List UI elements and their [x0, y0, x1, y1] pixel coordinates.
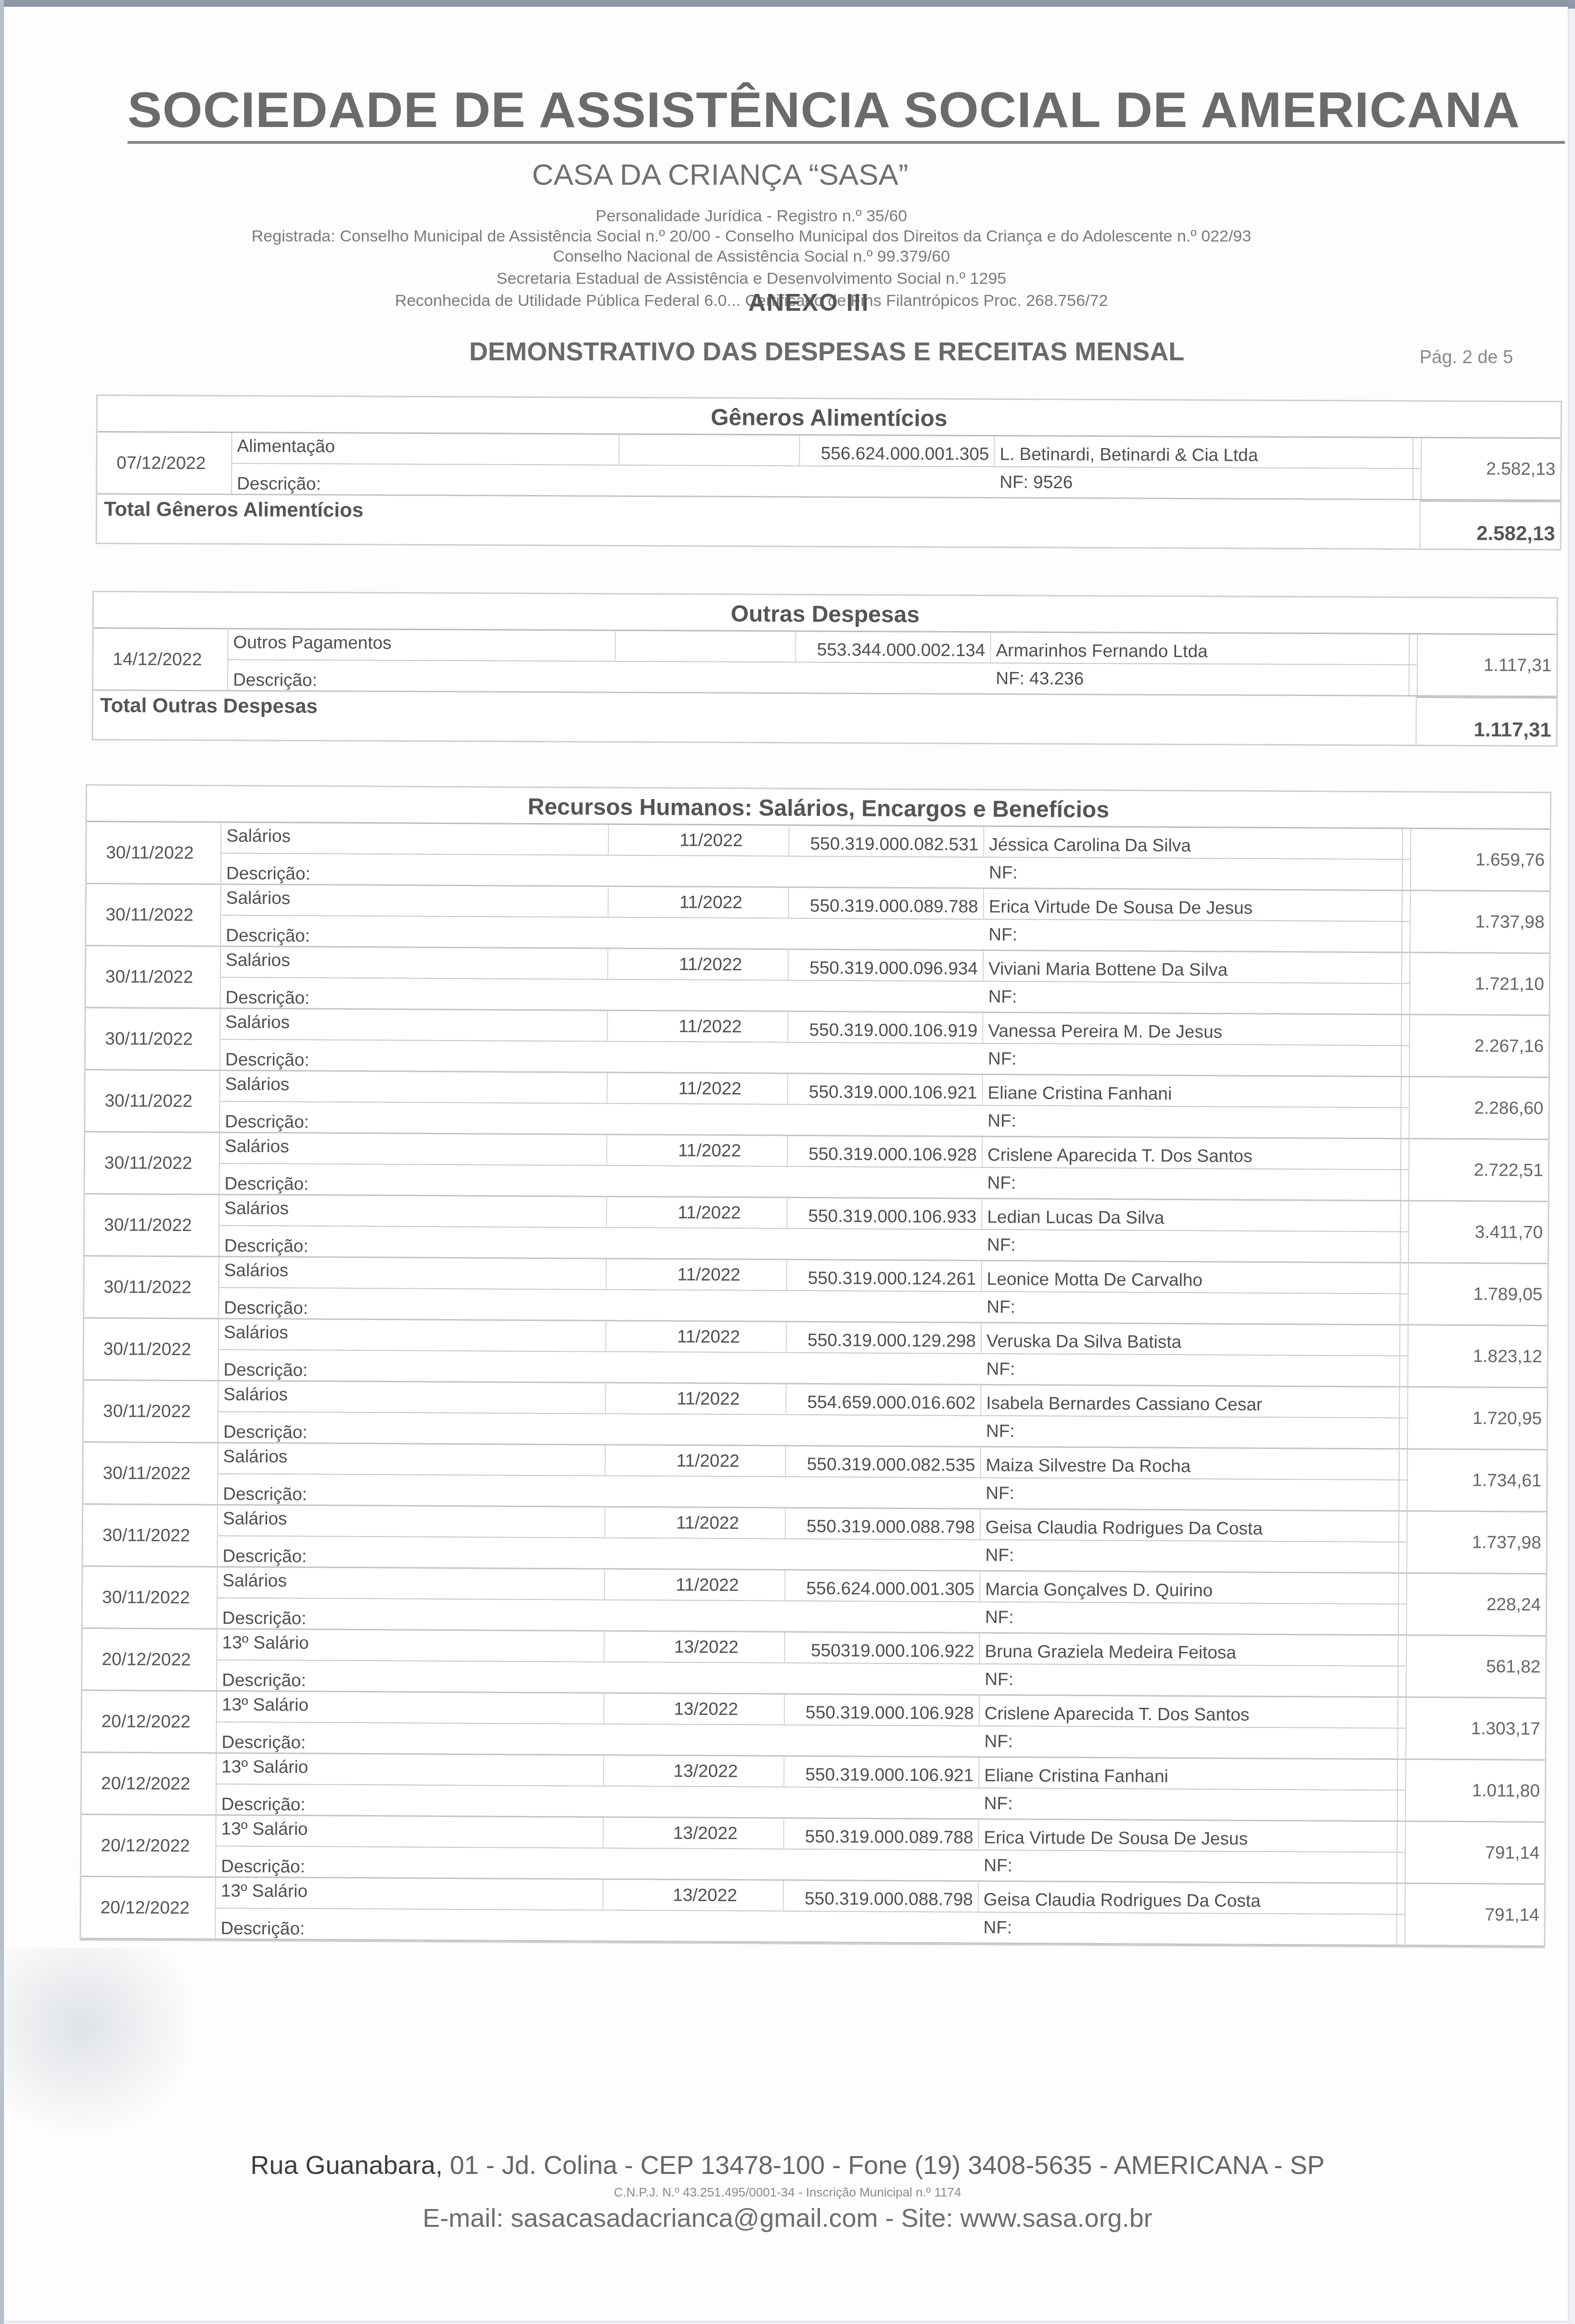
row-description-label: Descrição:: [218, 1420, 981, 1446]
row-date: 07/12/2022: [97, 432, 232, 494]
row-category: 13º Salário: [217, 1629, 604, 1661]
row-date: 30/11/2022: [84, 1319, 219, 1380]
table-row: 30/11/2022Salários11/2022550.319.000.082…: [83, 1443, 1547, 1512]
total-label: Total Gêneros Alimentícios: [97, 495, 1421, 548]
row-category: 13º Salário: [216, 1878, 603, 1909]
row-body: Salários11/2022550.319.000.129.298Verusk…: [219, 1319, 1408, 1386]
row-payee: Jéssica Carolina Da Silva: [984, 827, 1403, 859]
row-category: 13º Salário: [217, 1691, 604, 1723]
row-competence: 13/2022: [603, 1818, 784, 1849]
row-cnpj: 550319.000.106.922: [785, 1633, 980, 1664]
row-payee: Armarinhos Fernando Ltda: [991, 633, 1409, 664]
row-detail-line: Descrição:NF:: [217, 1660, 1406, 1696]
row-value: 1.011,80: [1405, 1760, 1545, 1821]
registration-line: Registrada: Conselho Municipal de Assist…: [0, 227, 1539, 246]
table-row: 20/12/202213º Salário13/2022550.319.000.…: [82, 1753, 1545, 1823]
row-body: Salários11/2022550.319.000.106.919Vaness…: [220, 1009, 1409, 1076]
row-category: Salários: [218, 1567, 605, 1599]
row-description-label: Descrição:: [219, 1233, 982, 1259]
row-payee: Geisa Claudia Rodrigues Da Costa: [979, 1882, 1397, 1914]
row-body: Salários11/2022550.319.000.082.531Jéssic…: [221, 823, 1410, 889]
document-title: DEMONSTRATIVO DAS DESPESAS E RECEITAS ME…: [469, 337, 1184, 367]
row-detail-line: Descrição:NF:: [221, 915, 1409, 952]
row-cnpj: 550.319.000.106.919: [788, 1012, 983, 1043]
row-value: 561,82: [1406, 1636, 1546, 1697]
row-date: 30/11/2022: [83, 1505, 218, 1566]
row-date: 30/11/2022: [84, 1381, 219, 1442]
row-cnpj: 550.319.000.129.298: [787, 1322, 982, 1353]
table-row: 30/11/2022Salários11/2022550.319.000.106…: [85, 1070, 1549, 1140]
table-row: 30/11/2022Salários11/2022550.319.000.089…: [86, 884, 1549, 954]
registration-line: Secretaria Estadual de Assistência e Des…: [0, 269, 1539, 288]
row-payee: Ledian Lucas Da Silva: [982, 1199, 1401, 1232]
row-cnpj: 550.319.000.106.921: [784, 1757, 979, 1788]
row-description-label: Descrição:: [216, 1854, 979, 1880]
row-invoice: NF:: [983, 1106, 1401, 1138]
row-date: 30/11/2022: [86, 1008, 221, 1069]
row-payee: Erica Virtude De Sousa De Jesus: [979, 1820, 1397, 1852]
row-value: 1.303,17: [1405, 1698, 1545, 1759]
row-date: 30/11/2022: [84, 1257, 219, 1318]
row-invoice: NF:: [984, 982, 1402, 1014]
table-row: 30/11/2022Salários11/2022556.624.000.001…: [83, 1567, 1546, 1637]
row-description-label: Descrição:: [217, 1668, 980, 1694]
row-date: 30/11/2022: [83, 1567, 218, 1628]
row-competence: 11/2022: [606, 1321, 787, 1352]
row-competence: 13/2022: [603, 1880, 784, 1911]
row-payee: Eliane Cristina Fanhani: [979, 1758, 1398, 1790]
row-invoice: NF:: [981, 1478, 1399, 1511]
row-detail-line: Descrição:NF:: [217, 1784, 1405, 1820]
row-invoice: NF:: [979, 1727, 1398, 1759]
row-value: 1.737,98: [1409, 891, 1549, 952]
section-total: Total Outras Despesas1.117,31: [93, 691, 1556, 745]
registration-line: Personalidade Jurídica - Registro n.º 35…: [0, 207, 1539, 226]
footer-contact: E-mail: sasacasadacrianca@gmail.com - Si…: [0, 2203, 1575, 2233]
row-body: 13º Salário13/2022550.319.000.106.921Eli…: [217, 1753, 1406, 1820]
row-cnpj: 554.659.000.016.602: [786, 1384, 981, 1415]
row-category: Salários: [221, 885, 609, 916]
row-payee: Crislene Aparecida T. Dos Santos: [980, 1696, 1398, 1728]
row-category: Alimentação: [232, 433, 619, 465]
row-body: 13º Salário13/2022550.319.000.088.798Gei…: [216, 1878, 1405, 1944]
row-date: 30/11/2022: [85, 1132, 220, 1194]
row-description-label: Descrição:: [221, 861, 984, 887]
row-competence: 11/2022: [605, 1508, 786, 1538]
row-body: Salários11/2022550.319.000.089.788Erica …: [221, 885, 1410, 952]
row-competence: 11/2022: [608, 949, 789, 980]
row-category: Salários: [219, 1257, 607, 1289]
footer-legal: C.N.P.J. N.º 43.251.495/0001-34 - Inscri…: [0, 2185, 1575, 2200]
row-body: 13º Salário13/2022550.319.000.089.788Eri…: [216, 1816, 1405, 1882]
row-invoice: NF:: [982, 1230, 1401, 1262]
row-category: 13º Salário: [217, 1753, 604, 1785]
row-cnpj: 550.319.000.089.788: [784, 1819, 979, 1850]
row-competence: 11/2022: [605, 1446, 786, 1476]
registration-line: Conselho Nacional de Assistência Social …: [0, 247, 1539, 266]
row-detail-line: Descrição:NF:: [219, 1288, 1408, 1324]
row-payee: Crislene Aparecida T. Dos Santos: [983, 1137, 1401, 1169]
row-detail-line: Descrição:NF:: [218, 1412, 1407, 1448]
row-invoice: NF:: [981, 1416, 1400, 1448]
row-detail-line: Descrição:NF:: [221, 978, 1409, 1014]
row-body: Salários11/2022550.319.000.106.933Ledian…: [219, 1195, 1409, 1262]
page-indicator: Pág. 2 de 5: [1420, 347, 1513, 368]
row-value: 2.582,13: [1421, 438, 1561, 499]
row-invoice: NF:: [984, 920, 1402, 952]
row-date: 20/12/2022: [82, 1753, 217, 1814]
row-payee: Isabela Bernardes Cassiano Cesar: [981, 1385, 1400, 1418]
table-row: 30/11/2022Salários11/2022550.319.000.096…: [86, 946, 1549, 1016]
row-payee: Maiza Silvestre Da Rocha: [981, 1448, 1399, 1480]
row-detail-line: Descrição:NF:: [216, 1908, 1404, 1944]
table-row: 30/11/2022Salários11/2022550.319.000.129…: [84, 1319, 1548, 1388]
row-detail-line: Descrição:NF:: [218, 1474, 1407, 1510]
row-value: 228,24: [1406, 1574, 1546, 1635]
annex-stamp: ANEXO III: [748, 289, 869, 317]
row-main-line: Alimentação556.624.000.001.305L. Betinar…: [232, 433, 1421, 469]
row-description-label: Descrição:: [220, 1171, 983, 1197]
row-category: Salários: [218, 1381, 606, 1413]
row-cnpj: 550.319.000.096.934: [789, 950, 984, 981]
row-value: 1.721,10: [1409, 953, 1549, 1015]
row-category: Salários: [220, 1133, 607, 1165]
row-value: 791,14: [1404, 1884, 1544, 1945]
row-description-label: Descrição:: [221, 985, 984, 1011]
row-description-label: Descrição:: [217, 1792, 979, 1818]
section-outras-despesas: Outras Despesas14/12/2022Outros Pagament…: [92, 591, 1558, 747]
row-invoice: NF: 43.236: [991, 663, 1409, 695]
table-row: 30/11/2022Salários11/2022550.319.000.106…: [85, 1132, 1549, 1202]
table-row: 20/12/202213º Salário13/2022550.319.000.…: [82, 1691, 1545, 1761]
table-row: 30/11/2022Salários11/2022550.319.000.082…: [87, 822, 1550, 892]
row-date: 20/12/2022: [81, 1877, 216, 1938]
row-category: Salários: [221, 947, 608, 978]
row-invoice: NF:: [979, 1851, 1397, 1883]
row-payee: Bruna Graziela Medeira Feitosa: [980, 1634, 1398, 1666]
row-category: Salários: [220, 1071, 608, 1103]
row-description-label: Descrição:: [228, 668, 991, 693]
row-description-label: Descrição:: [232, 471, 995, 497]
row-competence: 11/2022: [607, 1135, 788, 1166]
row-main-line: Outros Pagamentos553.344.000.002.134Arma…: [228, 629, 1417, 665]
row-detail-line: Descrição:NF:: [220, 1040, 1409, 1076]
row-competence: [615, 631, 796, 662]
row-date: 30/11/2022: [86, 884, 221, 945]
section-title: Outras Despesas: [94, 592, 1557, 635]
row-invoice: NF:: [984, 858, 1403, 890]
row-cnpj: 550.319.000.088.798: [786, 1509, 981, 1539]
row-payee: Marcia Gonçalves D. Quirino: [980, 1572, 1399, 1604]
row-value: 2.286,60: [1409, 1077, 1549, 1139]
row-cnpj: 550.319.000.088.798: [784, 1881, 979, 1912]
table-row: 20/12/202213º Salário13/2022550319.000.1…: [82, 1629, 1546, 1699]
row-invoice: NF:: [978, 1913, 1397, 1945]
row-body: Salários11/2022556.624.000.001.305Marcia…: [218, 1567, 1407, 1634]
row-competence: 11/2022: [607, 1259, 787, 1290]
row-cnpj: 550.319.000.124.261: [787, 1260, 982, 1291]
row-category: Salários: [219, 1319, 606, 1351]
table-row: 30/11/2022Salários11/2022550.319.000.106…: [85, 1194, 1548, 1264]
row-description-label: Descrição:: [217, 1730, 979, 1756]
row-description-label: Descrição:: [220, 1047, 983, 1073]
row-body: Salários11/2022550.319.000.124.261Leonic…: [219, 1257, 1408, 1324]
row-date: 30/11/2022: [85, 1070, 220, 1131]
row-invoice: NF:: [979, 1789, 1398, 1821]
row-cnpj: 550.319.000.106.928: [785, 1695, 980, 1726]
section-total: Total Gêneros Alimentícios2.582,13: [97, 495, 1560, 549]
row-invoice: NF:: [982, 1292, 1400, 1324]
row-invoice: NF: 9526: [995, 467, 1413, 499]
row-payee: Eliane Cristina Fanhani: [983, 1075, 1402, 1107]
row-payee: Veruska Da Silva Batista: [982, 1323, 1400, 1356]
row-body: 13º Salário13/2022550319.000.106.922Brun…: [217, 1629, 1406, 1696]
row-body: Salários11/2022550.319.000.088.798Geisa …: [218, 1505, 1407, 1572]
row-value: 1.659,76: [1410, 829, 1550, 890]
row-cnpj: 556.624.000.001.305: [800, 435, 995, 466]
section-title: Gêneros Alimentícios: [98, 396, 1561, 439]
row-detail-line: Descrição:NF:: [220, 1102, 1409, 1138]
footer-street: Rua Guanabara,: [250, 2151, 442, 2180]
row-body: 13º Salário13/2022550.319.000.106.928Cri…: [217, 1691, 1406, 1758]
row-invoice: NF:: [983, 1044, 1402, 1076]
row-invoice: NF:: [980, 1602, 1399, 1635]
row-description-label: Descrição:: [221, 923, 984, 949]
row-date: 30/11/2022: [86, 946, 221, 1007]
row-invoice: NF:: [983, 1168, 1401, 1200]
row-competence: 11/2022: [608, 1073, 788, 1104]
row-competence: [619, 435, 800, 466]
row-category: Salários: [219, 1195, 607, 1227]
row-competence: 11/2022: [609, 887, 789, 918]
row-date: 14/12/2022: [93, 629, 229, 690]
row-body: Outros Pagamentos553.344.000.002.134Arma…: [228, 629, 1417, 695]
row-competence: 11/2022: [608, 1011, 788, 1042]
row-body: Alimentação556.624.000.001.305L. Betinar…: [232, 433, 1421, 499]
row-value: 1.720,95: [1407, 1387, 1547, 1449]
row-date: 20/12/2022: [81, 1815, 217, 1876]
row-invoice: NF:: [980, 1540, 1399, 1573]
row-category: 13º Salário: [216, 1816, 603, 1847]
row-cnpj: 550.319.000.106.933: [787, 1198, 982, 1229]
row-body: Salários11/2022550.319.000.106.921Eliane…: [220, 1071, 1409, 1138]
row-date: 30/11/2022: [85, 1194, 220, 1256]
row-cnpj: 553.344.000.002.134: [796, 632, 991, 662]
row-value: 1.117,31: [1417, 635, 1557, 696]
row-cnpj: 550.319.000.082.531: [789, 826, 984, 857]
table-row: 14/12/2022Outros Pagamentos553.344.000.0…: [93, 629, 1557, 697]
row-date: 20/12/2022: [82, 1629, 218, 1690]
row-competence: 13/2022: [604, 1632, 785, 1663]
row-value: 2.722,51: [1409, 1139, 1549, 1201]
row-description-label: Descrição:: [219, 1295, 982, 1321]
row-value: 1.734,61: [1407, 1449, 1547, 1511]
row-cnpj: 550.319.000.106.928: [788, 1136, 983, 1167]
row-body: Salários11/2022554.659.000.016.602Isabel…: [218, 1381, 1408, 1448]
row-competence: 11/2022: [606, 1384, 786, 1414]
row-value: 791,14: [1405, 1822, 1545, 1883]
row-competence: 13/2022: [604, 1694, 785, 1725]
table-row: 30/11/2022Salários11/2022554.659.000.016…: [84, 1381, 1547, 1450]
row-description-label: Descrição:: [220, 1109, 983, 1135]
row-value: 2.267,16: [1409, 1015, 1549, 1077]
row-cnpj: 550.319.000.082.535: [786, 1447, 981, 1477]
row-detail-line: Descrição:NF:: [218, 1598, 1406, 1634]
row-cnpj: 556.624.000.001.305: [785, 1571, 980, 1601]
row-competence: 11/2022: [609, 825, 789, 856]
row-value: 1.737,98: [1406, 1511, 1546, 1573]
table-row: 30/11/2022Salários11/2022550.319.000.088…: [83, 1505, 1546, 1575]
row-category: Salários: [220, 1009, 608, 1041]
table-row: 20/12/202213º Salário13/2022550.319.000.…: [81, 1815, 1545, 1885]
row-payee: Leonice Motta De Carvalho: [982, 1261, 1401, 1294]
row-value: 1.789,05: [1408, 1263, 1548, 1325]
row-detail-line: Descrição:NF:: [221, 853, 1410, 889]
table-row: 30/11/2022Salários11/2022550.319.000.124…: [84, 1257, 1548, 1326]
row-detail-line: Descrição:NF:: [219, 1350, 1408, 1386]
row-invoice: NF:: [981, 1354, 1400, 1386]
row-description-label: Descrição:: [219, 1358, 982, 1384]
scan-shadow: [0, 1948, 202, 2141]
row-body: Salários11/2022550.319.000.082.535Maiza …: [218, 1443, 1407, 1510]
row-competence: 13/2022: [604, 1756, 784, 1787]
row-description-label: Descrição:: [216, 1916, 978, 1942]
row-category: Outros Pagamentos: [228, 629, 615, 661]
total-value: 1.117,31: [1417, 697, 1556, 745]
row-detail-line: Descrição:NF:: [218, 1536, 1406, 1572]
total-value: 2.582,13: [1421, 500, 1560, 549]
row-value: 1.823,12: [1407, 1325, 1547, 1387]
row-value: 3.411,70: [1408, 1201, 1548, 1263]
row-category: Salários: [221, 823, 609, 854]
institution-subtitle: CASA DA CRIANÇA “SASA”: [0, 158, 1508, 192]
row-detail-line: Descrição:NF:: [219, 1226, 1408, 1262]
row-invoice: NF:: [980, 1664, 1398, 1697]
row-detail-line: Descrição:NF:: [216, 1846, 1405, 1882]
row-cnpj: 550.319.000.089.788: [789, 888, 984, 919]
row-category: Salários: [218, 1505, 605, 1537]
row-date: 30/11/2022: [87, 822, 222, 883]
row-payee: Viviani Maria Bottene Da Silva: [984, 951, 1402, 983]
row-payee: L. Betinardi, Betinardi & Cia Ltda: [995, 436, 1413, 468]
row-description-label: Descrição:: [218, 1544, 980, 1570]
row-detail-line: Descrição:NF: 9526: [232, 464, 1421, 499]
row-detail-line: Descrição:NF:: [217, 1722, 1405, 1758]
table-row: 20/12/202213º Salário13/2022550.319.000.…: [81, 1877, 1544, 1947]
row-date: 30/11/2022: [83, 1443, 218, 1504]
row-competence: 11/2022: [605, 1570, 785, 1600]
table-row: 30/11/2022Salários11/2022550.319.000.106…: [86, 1008, 1549, 1078]
row-payee: Geisa Claudia Rodrigues Da Costa: [981, 1510, 1399, 1542]
row-cnpj: 550.319.000.106.921: [788, 1074, 983, 1105]
row-body: Salários11/2022550.319.000.096.934Vivian…: [221, 947, 1410, 1014]
row-date: 20/12/2022: [82, 1691, 217, 1752]
row-competence: 11/2022: [607, 1197, 787, 1228]
total-label: Total Outras Despesas: [93, 691, 1417, 745]
section-recursos-humanos: Recursos Humanos: Salários, Encargos e B…: [79, 784, 1551, 1948]
row-category: Salários: [218, 1443, 606, 1475]
table-row: 07/12/2022Alimentação556.624.000.001.305…: [97, 432, 1561, 501]
row-payee: Vanessa Pereira M. De Jesus: [983, 1013, 1402, 1045]
section-generos-alimenticios: Gêneros Alimentícios07/12/2022Alimentaçã…: [96, 394, 1562, 550]
footer-address: Rua Guanabara, 01 - Jd. Colina - CEP 134…: [0, 2150, 1575, 2180]
row-description-label: Descrição:: [218, 1482, 981, 1508]
footer-address-rest: 01 - Jd. Colina - CEP 13478-100 - Fone (…: [443, 2151, 1325, 2180]
row-description-label: Descrição:: [218, 1606, 980, 1632]
row-payee: Erica Virtude De Sousa De Jesus: [984, 889, 1403, 921]
row-detail-line: Descrição:NF: 43.236: [228, 660, 1417, 695]
organization-title: SOCIEDADE DE ASSISTÊNCIA SOCIAL DE AMERI…: [128, 82, 1565, 144]
row-body: Salários11/2022550.319.000.106.928Crisle…: [220, 1133, 1409, 1200]
row-detail-line: Descrição:NF:: [220, 1164, 1409, 1200]
